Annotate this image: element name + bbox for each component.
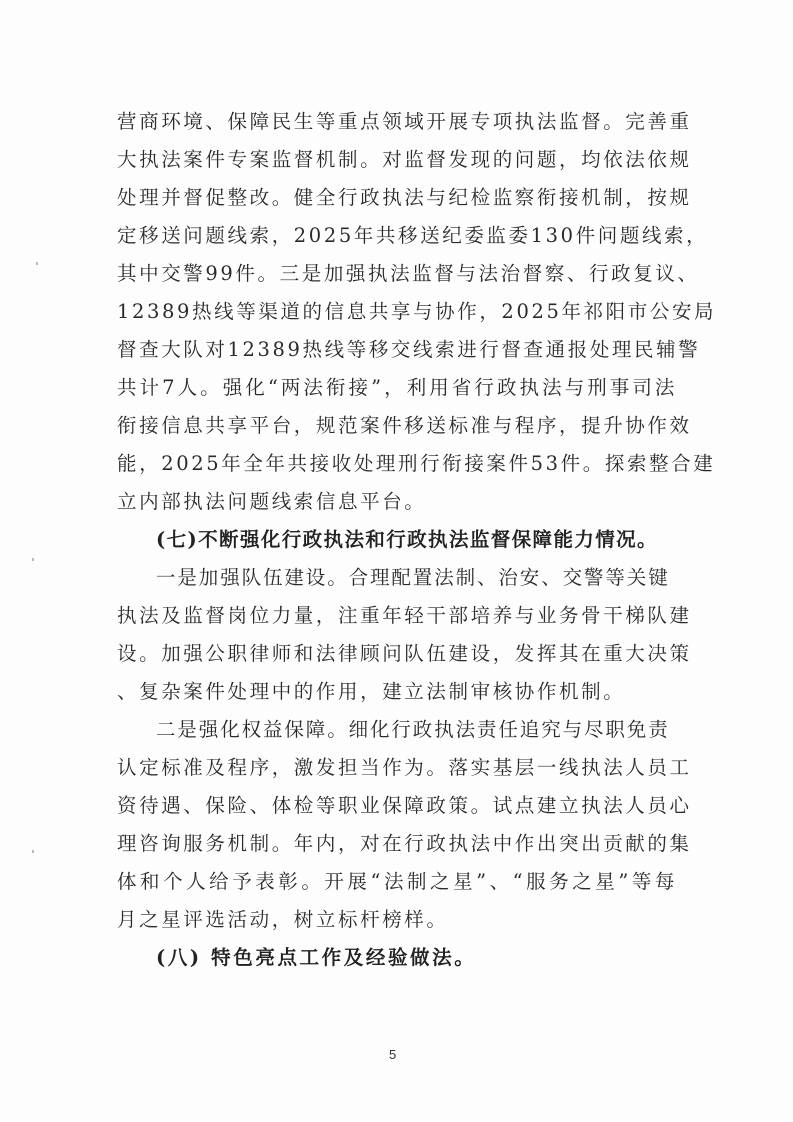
scan-speck <box>32 850 34 853</box>
body-line: 执法及监督岗位力量，注重年轻干部培养与业务骨干梯队建 <box>117 602 677 630</box>
body-line: 共计7人。强化“两法衔接”，利用省行政执法与刑事司法 <box>117 374 677 402</box>
scan-speck <box>36 262 38 265</box>
body-line: 能，2025年全年共接收处理刑行衔接案件53件。探索整合建 <box>117 450 677 478</box>
body-line: 资待遇、保险、体检等职业保障政策。试点建立执法人员心 <box>117 792 677 820</box>
body-line: 12389热线等渠道的信息共享与协作，2025年祁阳市公安局 <box>117 298 677 326</box>
body-line: 立内部执法问题线索信息平台。 <box>117 488 677 516</box>
body-line: 营商环境、保障民生等重点领域开展专项执法监督。完善重 <box>117 108 677 136</box>
body-line: 月之星评选活动，树立标杆榜样。 <box>117 906 677 934</box>
body-line: 大执法案件专案监督机制。对监督发现的问题，均依法依规 <box>117 146 677 174</box>
body-line: 一是加强队伍建设。合理配置法制、治安、交警等关键 <box>156 564 716 592</box>
body-line: 理咨询服务机制。年内，对在行政执法中作出突出贡献的集 <box>117 830 677 858</box>
section-heading-8: (八) 特色亮点工作及经验做法。 <box>156 944 716 972</box>
body-line: 设。加强公职律师和法律顾问队伍建设，发挥其在重大决策 <box>117 640 677 668</box>
body-line: 定移送问题线索，2025年共移送纪委监委130件问题线索， <box>117 222 677 250</box>
body-line: 二是强化权益保障。细化行政执法责任追究与尽职免责 <box>156 716 716 744</box>
body-line: 体和个人给予表彰。开展“法制之星”、“服务之星”等每 <box>117 868 677 896</box>
body-line: 认定标准及程序，激发担当作为。落实基层一线执法人员工 <box>117 754 677 782</box>
body-line: 处理并督促整改。健全行政执法与纪检监察衔接机制，按规 <box>117 184 677 212</box>
body-line: 、复杂案件处理中的作用，建立法制审核协作机制。 <box>117 678 677 706</box>
document-page: 营商环境、保障民生等重点领域开展专项执法监督。完善重 大执法案件专案监督机制。对… <box>0 0 793 1122</box>
body-line: 督查大队对12389热线等移交线索进行督查通报处理民辅警 <box>117 336 677 364</box>
section-heading-7: (七)不断强化行政执法和行政执法监督保障能力情况。 <box>156 526 716 554</box>
page-number: 5 <box>389 1047 396 1062</box>
scan-speck <box>32 558 34 561</box>
body-line: 其中交警99件。三是加强执法监督与法治督察、行政复议、 <box>117 260 677 288</box>
body-line: 衔接信息共享平台，规范案件移送标准与程序，提升协作效 <box>117 412 677 440</box>
